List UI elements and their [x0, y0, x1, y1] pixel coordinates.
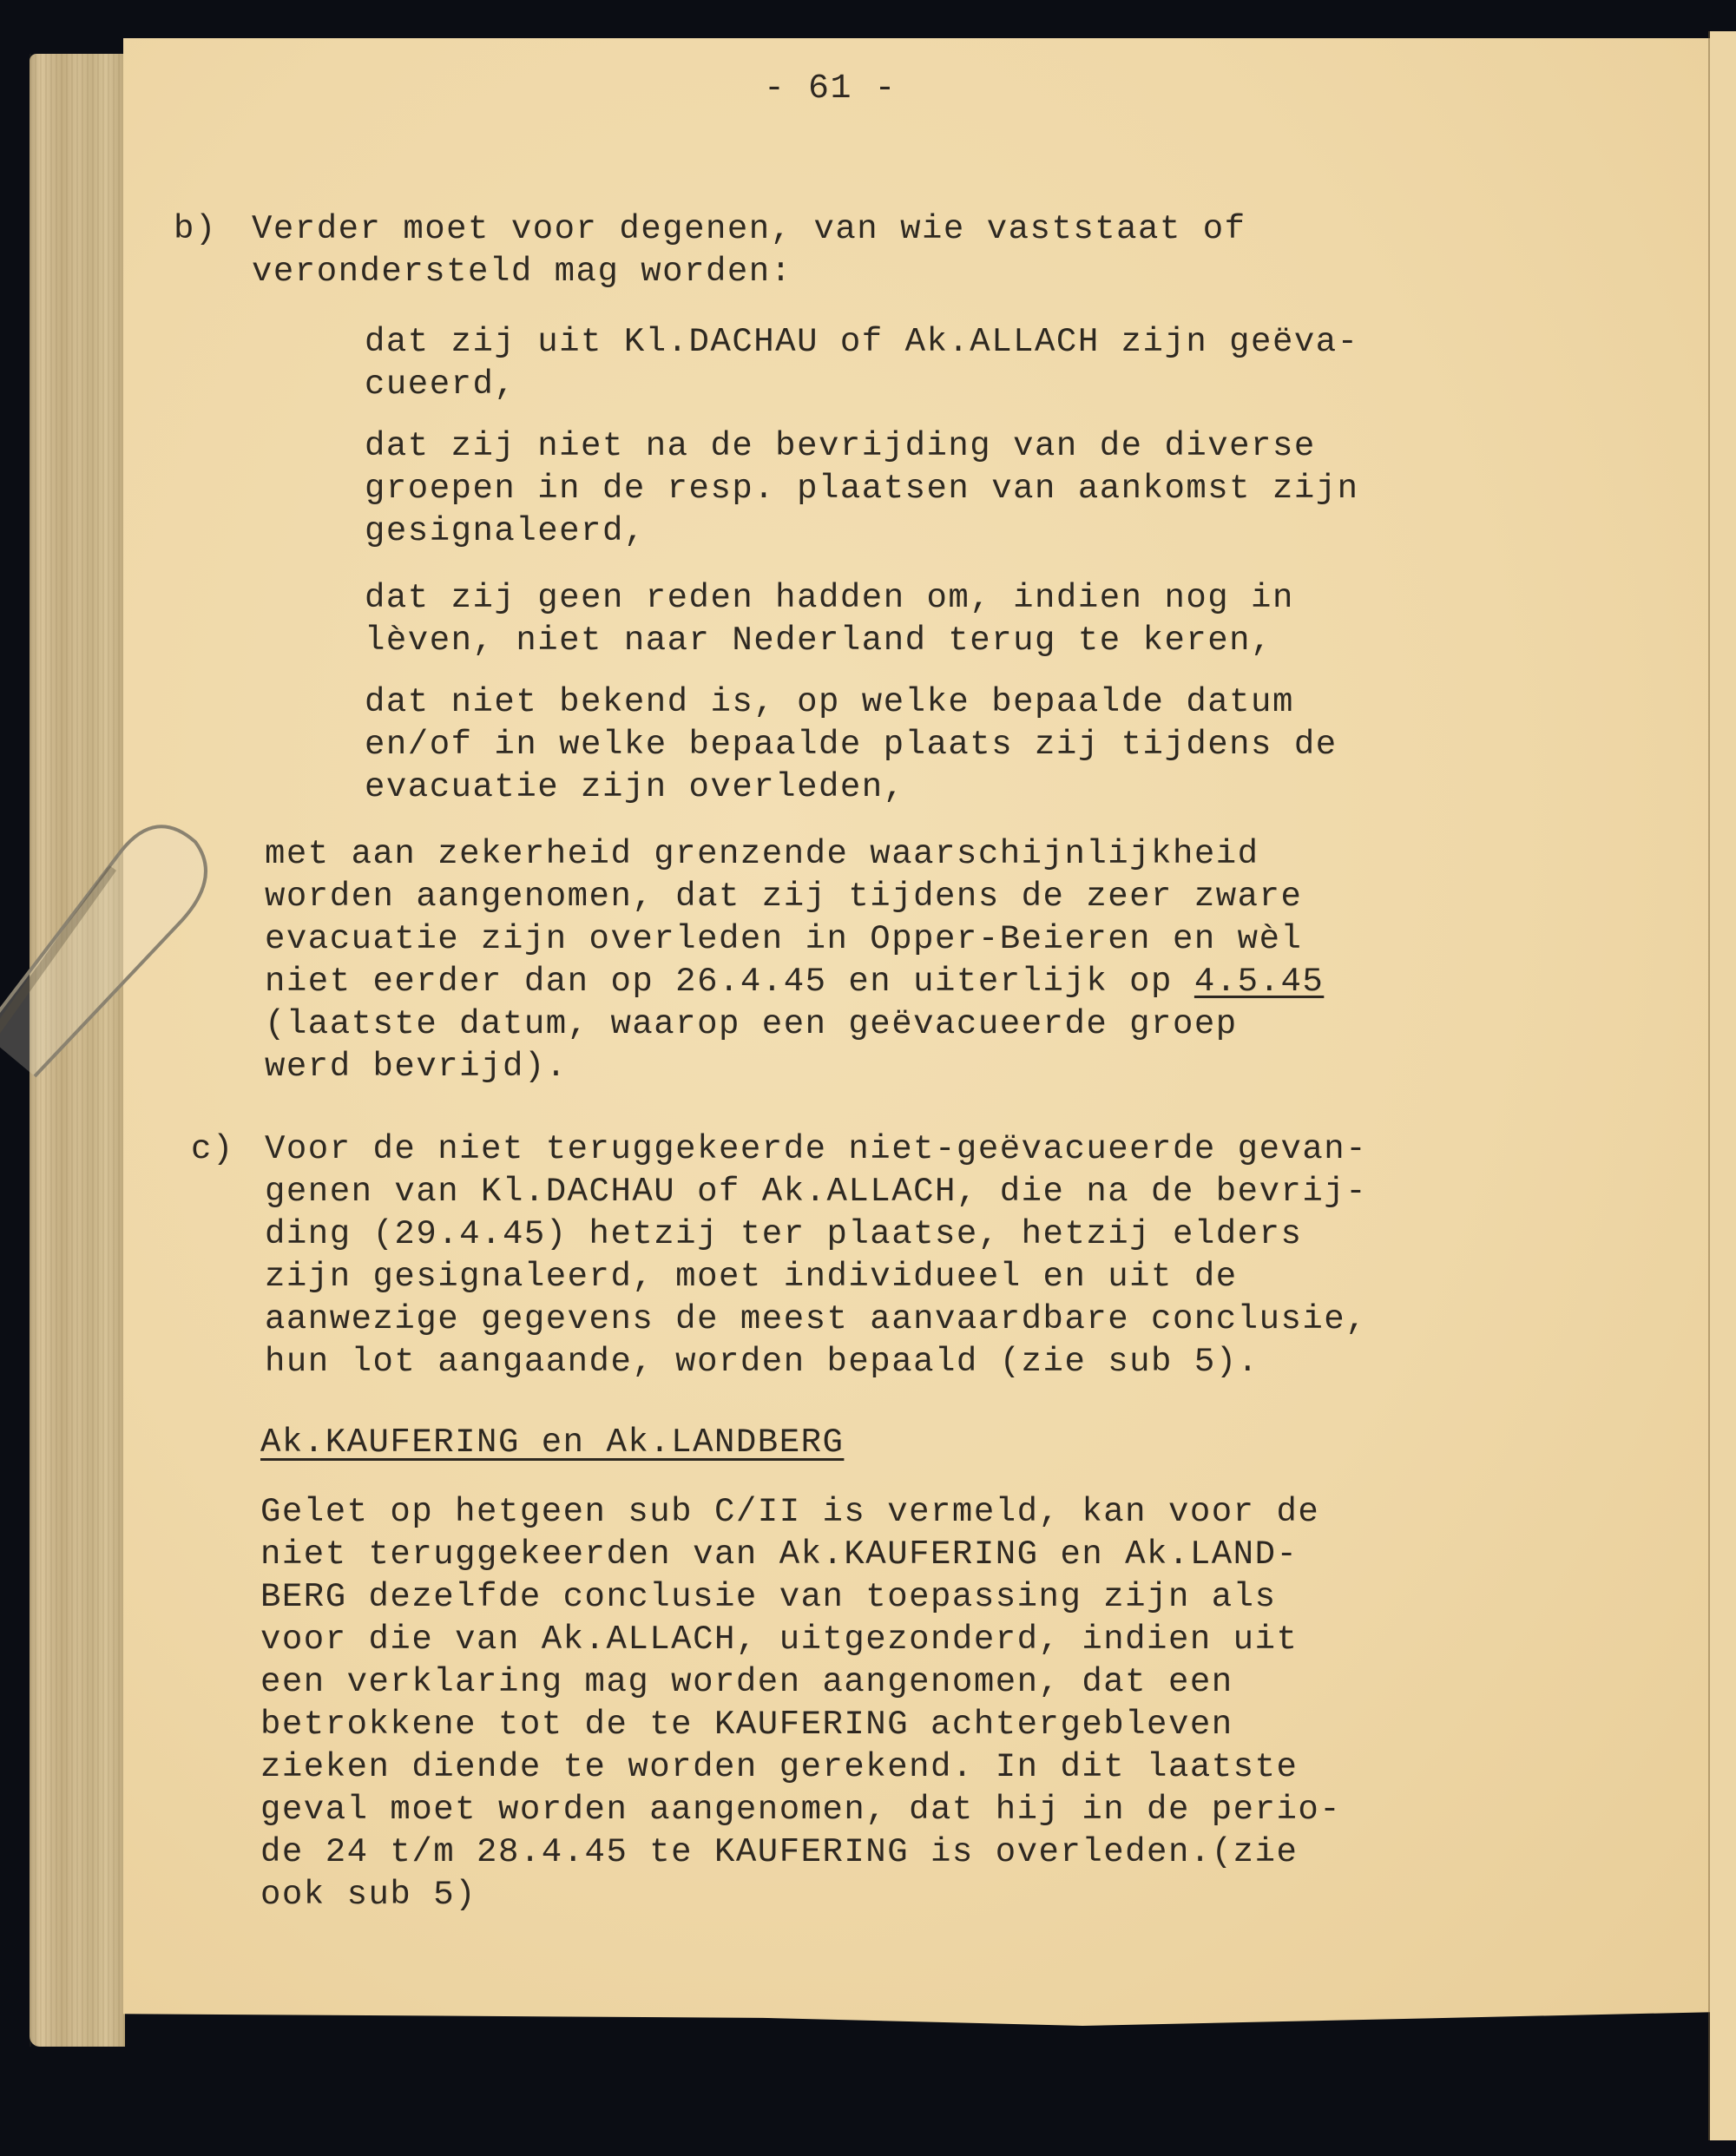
section-heading-kaufering: Ak.KAUFERING en Ak.LANDBERG	[260, 1422, 844, 1464]
condition-item: dat zij uit Kl.DACHAU of Ak.ALLACH zijn …	[365, 321, 1359, 406]
section-c-body: Voor de niet teruggekeerde niet-geëvacue…	[265, 1128, 1367, 1384]
section-b-conclusion: met aan zekerheid grenzende waarschijnli…	[265, 833, 1324, 1088]
section-c-label: c)	[191, 1128, 234, 1171]
page-gutter	[1708, 31, 1710, 2140]
section-kaufering-body: Gelet op hetgeen sub C/II is vermeld, ka…	[260, 1491, 1341, 1916]
facing-page-strip	[1710, 31, 1736, 2140]
underlined-date: 4.5.45	[1194, 963, 1324, 1001]
condition-item: dat zij geen reden hadden om, indien nog…	[365, 577, 1294, 662]
condition-item: dat niet bekend is, op welke bepaalde da…	[365, 681, 1338, 809]
condition-item: dat zij niet na de bevrijding van de div…	[365, 425, 1359, 553]
section-b-intro: Verder moet voor degenen, van wie vastst…	[252, 208, 1246, 293]
section-b-label: b)	[174, 208, 217, 251]
book-page-edges	[30, 54, 125, 2047]
page-number: - 61 -	[764, 68, 897, 110]
